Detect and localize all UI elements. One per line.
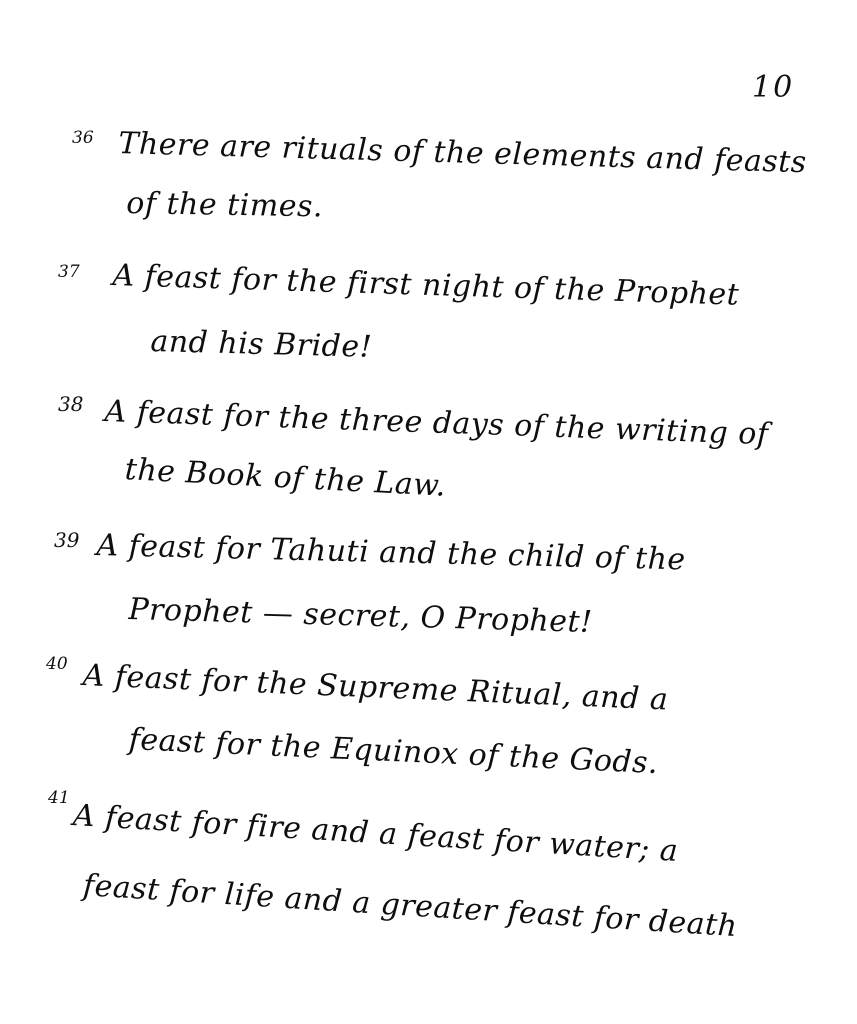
verse-line: A feast for fire and a feast for water; … [72,798,679,869]
verse-line: A feast for the first night of the Proph… [112,258,740,313]
verse-line: A feast for the three days of the writin… [104,394,769,452]
page-number: 10 [752,70,794,105]
verse-line: A feast for Tahuti and the child of the [96,528,686,577]
verse-number: 37 [58,262,80,282]
verse-line: of the times. [126,186,323,224]
verse-number: 41 [48,788,70,808]
verse-number: 38 [58,392,83,416]
verse-number: 40 [46,654,68,674]
verse-line: There are rituals of the elements and fe… [118,126,807,180]
verse-line: feast for life and a greater feast for d… [82,868,738,944]
manuscript-page: 10 36 There are rituals of the elements … [0,0,857,1024]
verse-line: the Book of the Law. [124,452,447,504]
verse-line: feast for the Equinox of the Gods. [128,722,659,781]
verse-line: A feast for the Supreme Ritual, and a [82,658,669,718]
verse-line: and his Bride! [150,324,373,365]
verse-line: Prophet — secret, O Prophet! [128,592,593,640]
verse-number: 39 [54,528,79,552]
verse-number: 36 [72,128,94,148]
